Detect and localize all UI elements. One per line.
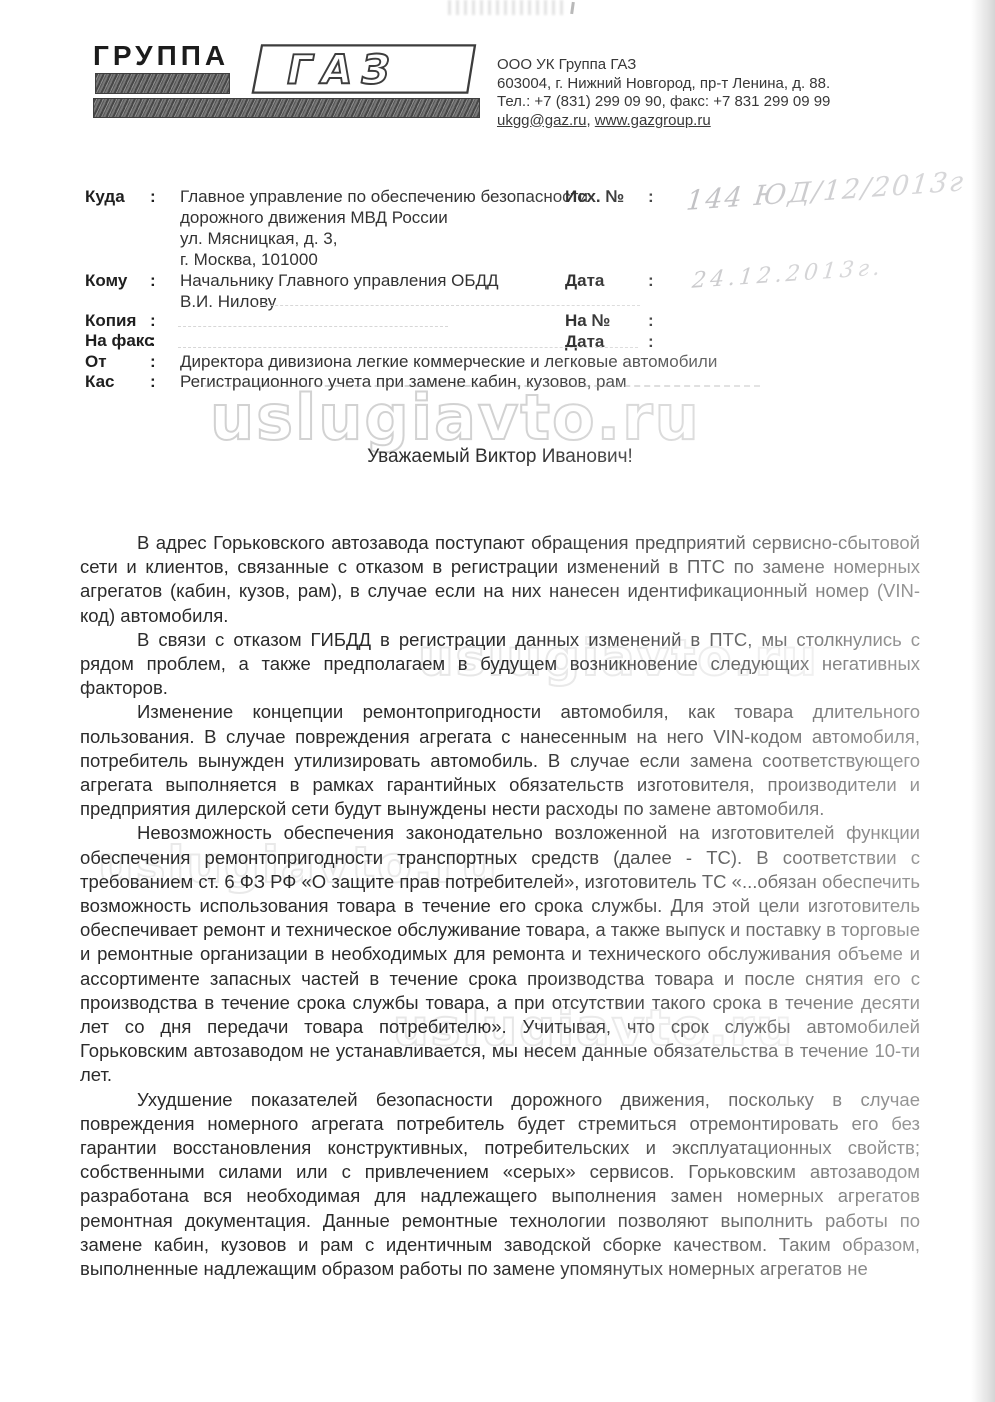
field-colon: : (648, 311, 654, 331)
handwritten-outgoing-number: 144 ЮД/12/2013г (685, 166, 967, 217)
kuda-line: ул. Мясницкая, д. 3, (180, 229, 337, 249)
field-label-outgoing-number: Исх. № (565, 187, 624, 207)
gaz-logo-text: ГАЗ (287, 48, 399, 94)
handwritten-date: 24.12.2013г. (691, 255, 885, 294)
komu-line: Начальнику Главного управления ОБДД (180, 271, 499, 291)
company-phone: Тел.: +7 (831) 299 09 90, факс: +7 831 2… (497, 93, 830, 112)
field-colon: : (150, 372, 156, 392)
ot-value: Директора дивизиона легкие коммерческие … (180, 352, 717, 372)
company-info: ООО УК Группа ГАЗ 603004, г. Нижний Новг… (497, 56, 830, 130)
body-paragraph: В связи с отказом ГИБДД в регистрации да… (80, 628, 920, 701)
company-website: www.gazgroup.ru (595, 112, 711, 129)
field-label-kopiya: Копия (85, 311, 136, 331)
field-label-reply-date: Дата (565, 332, 604, 352)
scan-artifact-smudge (448, 0, 563, 15)
scan-artifact-tick (570, 2, 575, 14)
scan-artifact-dashed-line (178, 326, 448, 327)
field-colon: : (648, 187, 654, 207)
field-colon: : (648, 332, 654, 352)
field-colon: : (150, 187, 156, 207)
field-colon: : (648, 271, 654, 291)
scanned-letter-page: ГРУППА ГАЗ ООО УК Группа ГАЗ 603004, г. … (0, 0, 995, 1402)
gaz-logo: ГАЗ (249, 43, 478, 95)
company-contacts: ukgg@gaz.ru, www.gazgroup.ru (497, 112, 830, 131)
body-paragraph: Ухудшение показателей безопасности дорож… (80, 1088, 920, 1282)
kuda-line: Главное управление по обеспечению безопа… (180, 187, 588, 207)
body-paragraph: В адрес Горьковского автозавода поступаю… (80, 531, 920, 628)
field-label-ot: От (85, 352, 107, 372)
komu-line: В.И. Нилову (180, 292, 276, 312)
letterhead-bar-small (95, 73, 230, 94)
field-colon: : (150, 352, 156, 372)
watermark: uslugiavto.ru (210, 381, 701, 454)
company-email: ukgg@gaz.ru (497, 112, 586, 129)
scan-edge-shadow (971, 0, 995, 1402)
kuda-line: дорожного движения МВД России (180, 208, 448, 228)
field-colon: : (150, 271, 156, 291)
contacts-separator: , (586, 112, 594, 129)
body-paragraph: Невозможность обеспечения законодательно… (80, 821, 920, 1087)
company-address: 603004, г. Нижний Новгород, пр-т Ленина,… (497, 75, 830, 94)
letter-body: В адрес Горьковского автозавода поступаю… (80, 531, 920, 1281)
body-paragraph: Изменение концепции ремонтопригодности а… (80, 700, 920, 821)
company-name: ООО УК Группа ГАЗ (497, 56, 830, 75)
field-label-komu: Кому (85, 271, 127, 291)
field-colon: : (150, 311, 156, 331)
salutation: Уважаемый Виктор Иванович! (80, 446, 920, 468)
field-label-kuda: Куда (85, 187, 125, 207)
scan-artifact-dashed-line (255, 305, 640, 306)
field-colon: : (150, 331, 156, 351)
field-label-kas: Кас (85, 372, 115, 392)
field-label-nafax: На факс (85, 331, 154, 351)
brand-word: ГРУППА (93, 40, 229, 72)
scan-artifact-dashed-line (178, 347, 638, 348)
kuda-line: г. Москва, 101000 (180, 250, 318, 270)
field-label-date: Дата (565, 271, 604, 291)
field-label-reply-to-number: На № (565, 311, 610, 331)
letterhead-bar-long (93, 98, 480, 118)
